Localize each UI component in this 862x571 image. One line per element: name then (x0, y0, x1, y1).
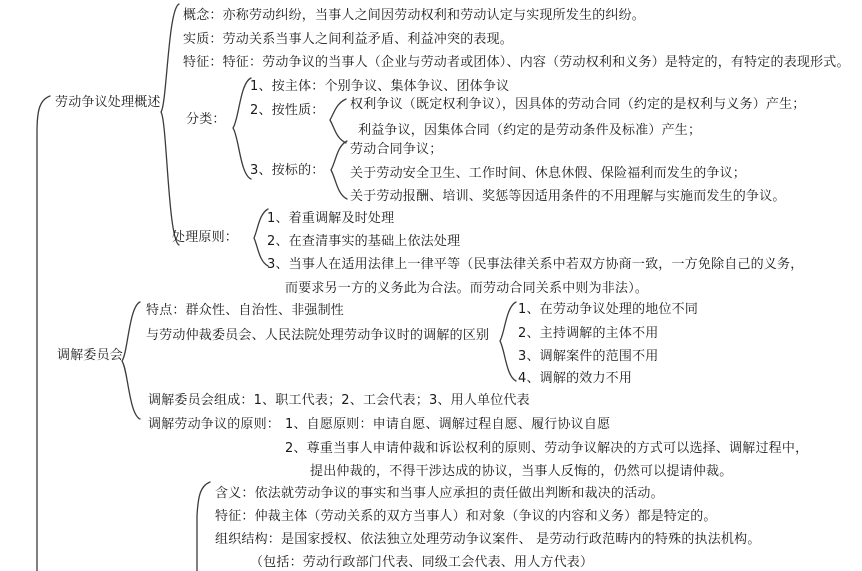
node-mediation-2b: 提出仲裁的，不得干涉达成的协议，当事人反悔的，仍然可以提请仲裁。 (310, 464, 732, 479)
node-principle-3: 3、当事人在适用法律上一律平等（民事法律关系中若双方协商一致，一方免除自己的义务… (267, 257, 803, 272)
node-by-object-2: 关于劳动安全卫生、工作时间、休息休假、保险福利而发生的争议； (350, 166, 746, 181)
node-feature: 特征：特征：劳动争议的当事人（企业与劳动者或团体）、内容（劳动权利和义务）是特定… (183, 55, 850, 70)
node-mediation-root: 调解委员会 (57, 348, 123, 363)
brace-diff (500, 302, 516, 381)
node-by-object-label: 3、按标的： (250, 163, 324, 178)
brace-by-nature (330, 99, 346, 143)
node-by-object-1: 劳动合同争议； (350, 142, 442, 157)
node-include: （包括：劳动行政部门代表、同级工会代表、用人方代表） (250, 555, 593, 570)
node-classify-label: 分类： (186, 112, 226, 127)
node-principle-3b: 而要求另一方的义务此为合法。而劳动合同关系中则为非法）。 (285, 281, 648, 296)
node-overview-root: 劳动争议处理概述 (55, 95, 161, 110)
node-principle-label: 处理原则： (172, 230, 238, 245)
brace-arbitration (197, 482, 210, 571)
node-mediation-label: 调解劳动争议的原则： (148, 417, 280, 432)
node-principle-1: 1、着重调解及时处理 (267, 211, 394, 226)
node-essence: 实质：劳动关系当事人之间利益矛盾、利益冲突的表现。 (183, 32, 513, 47)
node-diff-3: 3、调解案件的范围不用 (518, 349, 658, 364)
node-traits: 特点：群众性、自治性、非强制性 (146, 303, 344, 318)
node-principle-2: 2、在查清事实的基础上依法处理 (267, 234, 460, 249)
brace-overview (161, 4, 179, 245)
node-concept: 概念：亦称劳动纠纷，当事人之间因劳动权利和劳动认定与实现所发生的纠纷。 (183, 8, 645, 23)
brace-root (37, 96, 50, 571)
node-by-nature-2: 利益争议，因集体合同（约定的是劳动条件及标准）产生； (358, 123, 701, 138)
node-composition: 调解委员会组成：1、职工代表；2、工会代表；3、用人单位代表 (148, 393, 530, 408)
node-by-nature-label: 2、按性质： (250, 103, 324, 118)
mindmap-canvas: 劳动争议处理概述 概念：亦称劳动纠纷，当事人之间因劳动权利和劳动认定与实现所发生… (0, 0, 862, 571)
node-mediation-2: 2、尊重当事人申请仲裁和诉讼权利的原则、劳动争议解决的方式可以选择、调解过程中， (285, 441, 808, 456)
brace-by-object (331, 141, 347, 199)
brace-mediation (122, 302, 140, 419)
node-by-subject: 1、按主体：个别争议、集体争议、团体争议 (250, 79, 509, 94)
node-diff-4: 4、调解的效力不用 (518, 371, 632, 386)
node-by-nature-1: 权利争议（既定权利争议），因具体的劳动合同（约定的是权利与义务）产生； (350, 97, 806, 112)
node-arb-feature: 特征：仲裁主体（劳动关系的双方当事人）和对象（争议的内容和义务）都是特定的。 (215, 509, 717, 524)
node-diff-label: 与劳动仲裁委员会、人民法院处理劳动争议时的调解的区别 (146, 328, 489, 343)
node-diff-2: 2、主持调解的主体不用 (518, 326, 658, 341)
node-mediation-1: 1、自愿原则：申请自愿、调解过程自愿、履行协议自愿 (285, 417, 610, 432)
brace-classify (233, 78, 251, 179)
node-meaning: 含义：依法就劳动争议的事实和当事人应承担的责任做出判断和裁决的活动。 (215, 486, 664, 501)
node-diff-1: 1、在劳动争议处理的地位不同 (518, 302, 698, 317)
node-structure: 组织结构：是国家授权、依法独立处理劳动争议案件、 是劳动行政范畴内的特殊的执法机… (215, 532, 761, 547)
node-by-object-3: 关于劳动报酬、培训、奖惩等因适用条件的不用理解与实施而发生的争议。 (350, 189, 786, 204)
brace-principle (254, 209, 268, 266)
